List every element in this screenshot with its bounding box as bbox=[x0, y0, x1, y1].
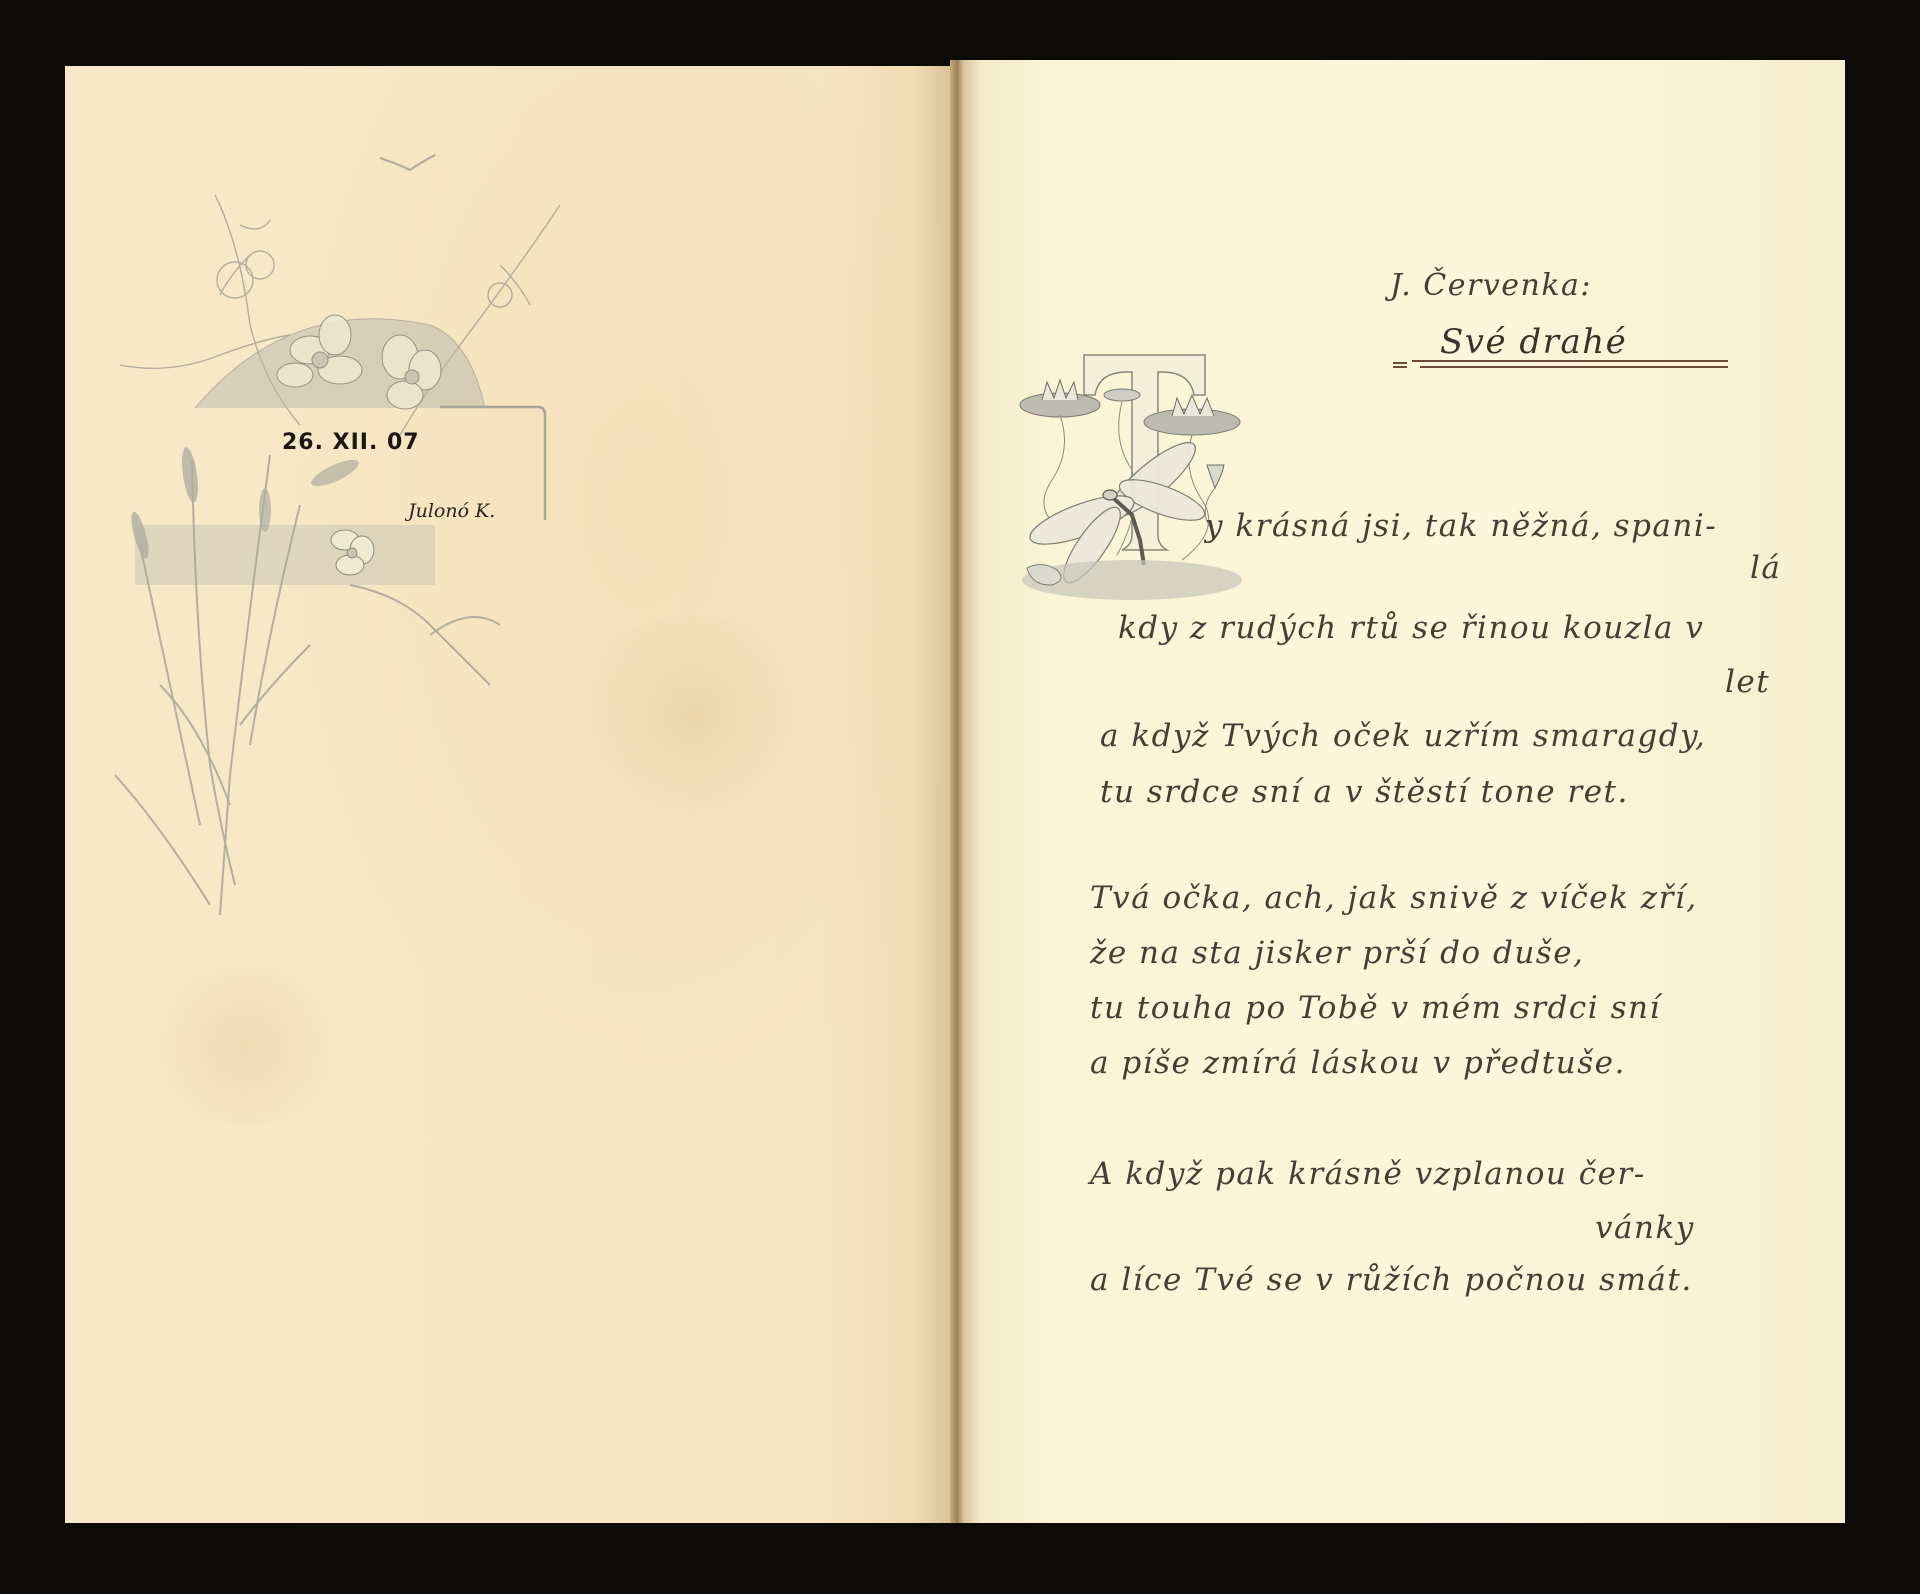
poem-line: kdy z rudých rtů se řinou kouzla v bbox=[1118, 610, 1704, 646]
poem-line: tu srdce sní a v štěstí tone ret. bbox=[1100, 774, 1629, 810]
poem-line: lá bbox=[1750, 550, 1781, 586]
title-underline-mark bbox=[1393, 362, 1407, 364]
poem-line: a líce Tvé se v růžích počnou smát. bbox=[1090, 1262, 1693, 1298]
signature: Julonó K. bbox=[408, 500, 495, 522]
title-underline bbox=[1420, 366, 1728, 368]
poem-line: let bbox=[1725, 664, 1770, 700]
title-underline bbox=[1412, 360, 1728, 362]
title-underline-mark bbox=[1393, 366, 1407, 368]
decorated-initial-t bbox=[1012, 340, 1262, 615]
dragonfly-water-lily-icon bbox=[1012, 340, 1262, 615]
date-inscription: 26. XII. 07 bbox=[282, 430, 420, 455]
poem-line: a když Tvých oček uzřím smaragdy, bbox=[1100, 718, 1706, 754]
poem-author: J. Červenka: bbox=[1390, 268, 1592, 303]
floral-vignette-icon bbox=[100, 125, 580, 945]
floral-vignette-illustration bbox=[100, 125, 580, 945]
poem-line: A když pak krásně vzplanou čer- bbox=[1090, 1156, 1646, 1192]
poem-title: Své drahé bbox=[1440, 322, 1627, 362]
poem-line: vánky bbox=[1595, 1210, 1695, 1246]
poem-line: tu touha po Tobě v mém srdci sní bbox=[1090, 990, 1661, 1026]
paper-stain bbox=[145, 966, 345, 1126]
poem-line: Tvá očka, ach, jak snivě z víček zří, bbox=[1090, 880, 1698, 916]
poem-line: že na sta jisker prší do duše, bbox=[1090, 935, 1584, 971]
poem-line: a píše zmírá láskou v předtuše. bbox=[1090, 1045, 1626, 1081]
poem-line: y krásná jsi, tak něžná, spani- bbox=[1205, 508, 1717, 544]
paper-stain bbox=[565, 616, 825, 816]
